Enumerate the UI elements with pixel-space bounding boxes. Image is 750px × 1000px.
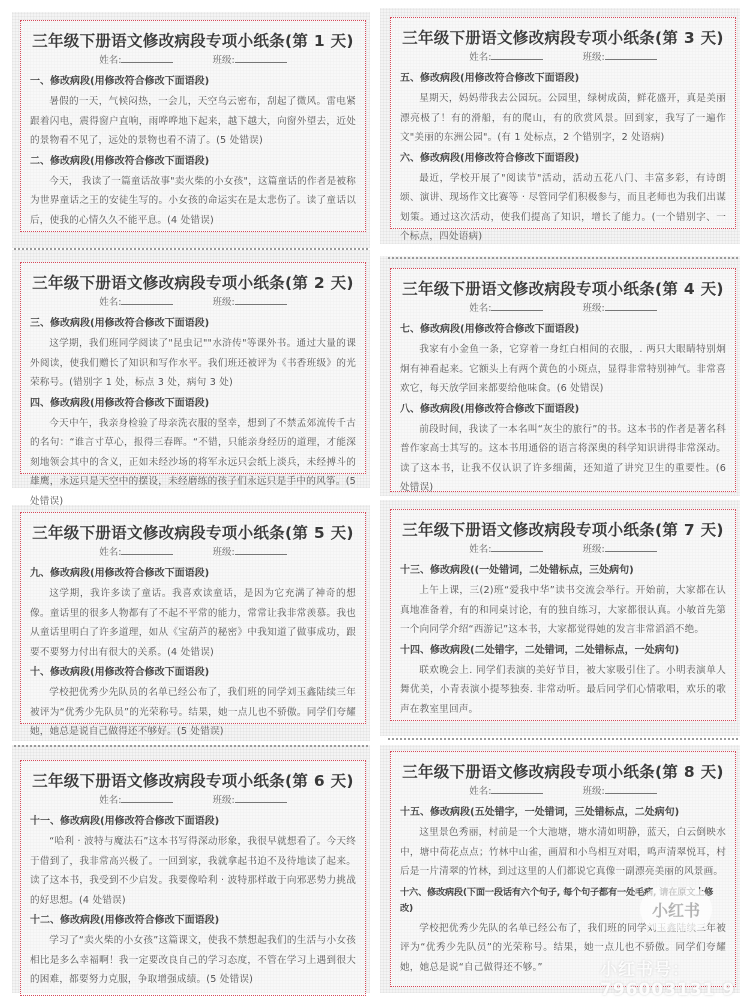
- worksheet-card-day-3: 三年级下册语文修改病段专项小纸条(第 3 天) 姓名: 班级: 五、修改病段(用…: [390, 17, 736, 229]
- name-label: 姓名:: [469, 52, 491, 63]
- name-blank[interactable]: [491, 301, 543, 311]
- class-label: 班级:: [213, 55, 235, 66]
- question-block: 十五、修改病段(五处错字，一处错词，三处错标点，二处病句) 这里景色秀丽，村前是…: [400, 805, 726, 882]
- question-heading: 十三、修改病段((一处错词，二处错标点，三处病句): [400, 563, 726, 579]
- class-label: 班级:: [583, 52, 605, 63]
- question-block: 十二、修改病段(用修改符合修改下面语段) 学习了“卖火柴的小女孩”这篇课文，使我…: [30, 913, 356, 990]
- card-title: 三年级下册语文修改病段专项小纸条(第 3 天): [400, 28, 726, 48]
- card-title: 三年级下册语文修改病段专项小纸条(第 6 天): [30, 771, 356, 791]
- name-blank[interactable]: [491, 784, 543, 794]
- name-blank[interactable]: [121, 545, 173, 555]
- question-body: “哈利 · 波特与魔法石”这本书写得深动形象，我很早就想看了。今天终于借到了，我…: [30, 832, 356, 910]
- question-block: 二、修改病段(用修改符合修改下面语段) 今天， 我读了一篇童话故事"卖火柴的小女…: [30, 154, 356, 231]
- student-info-line: 姓名: 班级:: [30, 295, 356, 310]
- question-block: 七、修改病段(用修改符合修改下面语段) 我家有小金鱼一条，它穿着一身红白相间的衣…: [400, 322, 726, 399]
- watermark-text: 小红书号：796003131 9: [600, 955, 750, 1000]
- name-blank[interactable]: [121, 793, 173, 803]
- question-body: 我家有小金鱼一条，它穿着一身红白相间的衣服，. 两只大眼睛特别炯炯有神看起来。它…: [400, 340, 726, 399]
- tear-line-divider: [14, 248, 368, 250]
- question-body: 学习了“卖火柴的小女孩”这篇课文，使我不禁想起我们的生活与小女孩相比是多么幸福啊…: [30, 931, 356, 990]
- question-body: 联欢晚会上. 同学们表演的美好节目，被大家吸引住了。小明表演单人舞优美，小青表演…: [400, 661, 726, 720]
- worksheet-card-day-8: 三年级下册语文修改病段专项小纸条(第 8 天) 姓名: 班级: 十五、修改病段(…: [390, 751, 736, 987]
- class-blank[interactable]: [235, 793, 287, 803]
- student-info-line: 姓名: 班级:: [400, 542, 726, 557]
- question-heading: 三、修改病段(用修改符合修改下面语段): [30, 316, 356, 332]
- class-label: 班级:: [583, 303, 605, 314]
- question-heading: 十四、修改病段(二处错字，二处错词，二处错标点，一处病句): [400, 643, 726, 659]
- class-blank[interactable]: [235, 53, 287, 63]
- student-info-line: 姓名: 班级:: [400, 50, 726, 65]
- class-label: 班级:: [583, 786, 605, 797]
- question-body: 暑假的一天，气候闷热，一会儿，天空乌云密布，刮起了微风。雷电紧跟着闪电，震得窗户…: [30, 92, 356, 151]
- question-heading: 五、修改病段(用修改符合修改下面语段): [400, 71, 726, 87]
- name-label: 姓名:: [469, 786, 491, 797]
- card-title: 三年级下册语文修改病段专项小纸条(第 5 天): [30, 523, 356, 543]
- question-block: 五、修改病段(用修改符合修改下面语段) 星期天，妈妈带我去公园玩。公园里，绿树成…: [400, 71, 726, 148]
- class-blank[interactable]: [605, 50, 657, 60]
- name-label: 姓名:: [469, 303, 491, 314]
- name-label: 姓名:: [99, 795, 121, 806]
- question-block: 六、修改病段(用修改符合修改下面语段) 最近，学校开展了"阅读节"活动，活动五花…: [400, 151, 726, 247]
- question-body: 这学期，我们班同学阅读了"昆虫记""水浒传"等课外书。通过大量的课外阅读，使我们…: [30, 334, 356, 393]
- question-heading: 二、修改病段(用修改符合修改下面语段): [30, 154, 356, 170]
- question-block: 十三、修改病段((一处错词，二处错标点，三处病句) 上午上课，三(2)班“爱我中…: [400, 563, 726, 640]
- tear-line-divider: [388, 257, 738, 259]
- question-heading: 七、修改病段(用修改符合修改下面语段): [400, 322, 726, 338]
- question-body: 这里景色秀丽，村前是一个大池塘，塘水清如明静，蓝天，白云倒映水中，塘中荷花点点；…: [400, 823, 726, 882]
- class-label: 班级:: [213, 547, 235, 558]
- question-body: 今天， 我读了一篇童话故事"卖火柴的小女孩"，这篇童话的作者是被称为世界童话之王…: [30, 172, 356, 231]
- student-info-line: 姓名: 班级:: [30, 793, 356, 808]
- question-heading: 十、修改病段(用修改符合修改下面语段): [30, 665, 356, 681]
- watermark-badge: 小红书: [640, 887, 712, 931]
- question-heading: 六、修改病段(用修改符合修改下面语段): [400, 151, 726, 167]
- question-block: 一、修改病段(用修改符合修改下面语段) 暑假的一天，气候闷热，一会儿，天空乌云密…: [30, 74, 356, 151]
- class-blank[interactable]: [605, 784, 657, 794]
- question-block: 十一、修改病段(用修改符合修改下面语段) “哈利 · 波特与魔法石”这本书写得深…: [30, 814, 356, 910]
- question-body: 星期天，妈妈带我去公园玩。公园里，绿树成茵，鲜花盛开，真是美丽漂亮极了！有的滑船…: [400, 89, 726, 148]
- worksheet-card-day-7: 三年级下册语文修改病段专项小纸条(第 7 天) 姓名: 班级: 十三、修改病段(…: [390, 509, 736, 721]
- class-label: 班级:: [213, 297, 235, 308]
- question-block: 三、修改病段(用修改符合修改下面语段) 这学期，我们班同学阅读了"昆虫记""水浒…: [30, 316, 356, 393]
- student-info-line: 姓名: 班级:: [400, 784, 726, 799]
- question-body: 这学期，我许多读了童话。我喜欢读童话，是因为它充满了神奇的想像。童话里的很多人物…: [30, 584, 356, 662]
- card-title: 三年级下册语文修改病段专项小纸条(第 1 天): [30, 31, 356, 51]
- student-info-line: 姓名: 班级:: [30, 545, 356, 560]
- question-block: 四、修改病段(用修改符合修改下面语段) 今天中午，我亲身检验了母亲洗衣服的坚幸，…: [30, 396, 356, 512]
- question-heading: 十五、修改病段(五处错字，一处错词，三处错标点，二处病句): [400, 805, 726, 821]
- card-title: 三年级下册语文修改病段专项小纸条(第 2 天): [30, 273, 356, 293]
- question-heading: 十二、修改病段(用修改符合修改下面语段): [30, 913, 356, 929]
- class-label: 班级:: [583, 544, 605, 555]
- question-body: 前段时间，我读了一本名叫“灰尘的旅行”的书。这本书的作者是著名科普作家高士其写的…: [400, 420, 726, 498]
- card-title: 三年级下册语文修改病段专项小纸条(第 4 天): [400, 279, 726, 299]
- tear-line-divider: [388, 738, 738, 740]
- question-block: 十四、修改病段(二处错字，二处错词，二处错标点，一处病句) 联欢晚会上. 同学们…: [400, 643, 726, 720]
- student-info-line: 姓名: 班级:: [400, 301, 726, 316]
- name-blank[interactable]: [491, 542, 543, 552]
- name-label: 姓名:: [99, 55, 121, 66]
- tear-line-divider: [14, 745, 368, 747]
- question-body: 今天中午，我亲身检验了母亲洗衣服的坚幸，想到了不禁孟郊流传千古的名句：“谁言寸草…: [30, 414, 356, 512]
- name-label: 姓名:: [469, 544, 491, 555]
- question-body: 学校把优秀少先队员的名单已经公布了，我们班的同学刘玉鑫陆续三年被评为“优秀少先队…: [30, 683, 356, 742]
- question-block: 十、修改病段(用修改符合修改下面语段) 学校把优秀少先队员的名单已经公布了，我们…: [30, 665, 356, 742]
- name-blank[interactable]: [491, 50, 543, 60]
- class-blank[interactable]: [605, 542, 657, 552]
- question-heading: 十一、修改病段(用修改符合修改下面语段): [30, 814, 356, 830]
- question-body: 上午上课，三(2)班“爱我中华”读书交流会举行。开始前，大家都在认真地准备着，有…: [400, 581, 726, 640]
- question-block: 八、修改病段(用修改符合修改下面语段) 前段时间，我读了一本名叫“灰尘的旅行”的…: [400, 402, 726, 498]
- card-title: 三年级下册语文修改病段专项小纸条(第 7 天): [400, 520, 726, 540]
- class-blank[interactable]: [235, 545, 287, 555]
- worksheet-card-day-6: 三年级下册语文修改病段专项小纸条(第 6 天) 姓名: 班级: 十一、修改病段(…: [20, 760, 366, 996]
- question-heading: 八、修改病段(用修改符合修改下面语段): [400, 402, 726, 418]
- question-heading: 四、修改病段(用修改符合修改下面语段): [30, 396, 356, 412]
- question-body: 最近，学校开展了"阅读节"活动，活动五花八门、丰富多彩，有诗朗颂、演讲、现场作文…: [400, 169, 726, 247]
- name-label: 姓名:: [99, 297, 121, 308]
- worksheet-card-day-5: 三年级下册语文修改病段专项小纸条(第 5 天) 姓名: 班级: 九、修改病段(用…: [20, 512, 366, 724]
- worksheet-card-day-1: 三年级下册语文修改病段专项小纸条(第 1 天) 姓名: 班级: 一、修改病段(用…: [20, 20, 366, 232]
- question-block: 九、修改病段(用修改符合修改下面语段) 这学期，我许多读了童话。我喜欢读童话，是…: [30, 566, 356, 662]
- student-info-line: 姓名: 班级:: [30, 53, 356, 68]
- question-heading: 九、修改病段(用修改符合修改下面语段): [30, 566, 356, 582]
- name-blank[interactable]: [121, 295, 173, 305]
- worksheet-card-day-2: 三年级下册语文修改病段专项小纸条(第 2 天) 姓名: 班级: 三、修改病段(用…: [20, 262, 366, 474]
- card-title: 三年级下册语文修改病段专项小纸条(第 8 天): [400, 762, 726, 782]
- class-label: 班级:: [213, 795, 235, 806]
- name-label: 姓名:: [99, 547, 121, 558]
- worksheet-card-day-4: 三年级下册语文修改病段专项小纸条(第 4 天) 姓名: 班级: 七、修改病段(用…: [390, 268, 736, 492]
- name-blank[interactable]: [121, 53, 173, 63]
- question-heading: 一、修改病段(用修改符合修改下面语段): [30, 74, 356, 90]
- class-blank[interactable]: [605, 301, 657, 311]
- class-blank[interactable]: [235, 295, 287, 305]
